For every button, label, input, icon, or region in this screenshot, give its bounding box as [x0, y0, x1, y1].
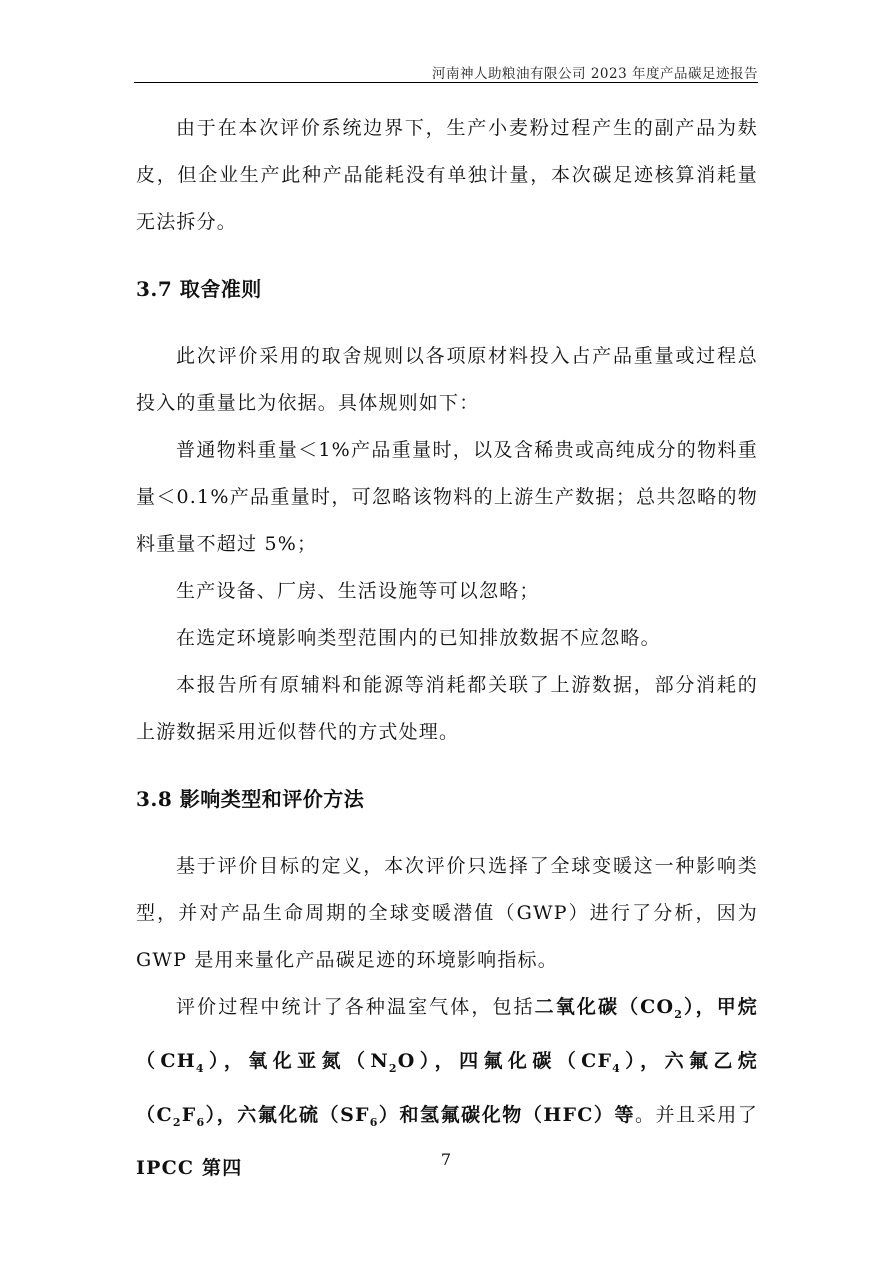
gas-item: 六氟化硫（SF6）和	[237, 1104, 420, 1126]
ghg-prefix: 评价过程中统计了各种温室气体，包括	[176, 996, 535, 1018]
paragraph: 在选定环境影响类型范围内的已知排放数据不应忽略。	[136, 615, 758, 662]
paragraph: 本报告所有原辅料和能源等消耗都关联了上游数据，部分消耗的上游数据采用近似替代的方…	[136, 662, 758, 756]
section-heading-3-7: 3.7 取舍准则	[136, 266, 758, 313]
paragraph: 生产设备、厂房、生活设施等可以忽略；	[136, 568, 758, 615]
header-title: 河南神人助粮油有限公司 2023 年度产品碳足迹报告	[432, 62, 758, 82]
gas-item: 氢氟碳化物（HFC）等	[420, 1104, 635, 1126]
section-heading-3-8: 3.8 影响类型和评价方法	[136, 776, 758, 823]
paragraph: 普通物料重量＜1%产品重量时，以及含稀贵或高纯成分的物料重量＜0.1%产品重量时…	[136, 427, 758, 568]
gas-item: 二氧化碳（CO2），	[535, 996, 717, 1018]
document-body: 由于在本次评价系统边界下，生产小麦粉过程产生的副产品为麸皮，但企业生产此种产品能…	[136, 105, 758, 1192]
gas-item: 氧化亚氮（N2O），	[248, 1050, 459, 1072]
page-header: 河南神人助粮油有限公司 2023 年度产品碳足迹报告	[134, 60, 758, 83]
page-number: 7	[0, 1150, 892, 1169]
paragraph: 此次评价采用的取舍规则以各项原材料投入占产品重量或过程总投入的重量比为依据。具体…	[136, 333, 758, 427]
ghg-suffix: 。并且采用了	[635, 1104, 758, 1126]
gas-item: 四氟化碳（CF4），	[459, 1050, 664, 1072]
intro-paragraph: 由于在本次评价系统边界下，生产小麦粉过程产生的副产品为麸皮，但企业生产此种产品能…	[136, 105, 758, 246]
paragraph: 基于评价目标的定义，本次评价只选择了全球变暖这一种影响类型，并对产品生命周期的全…	[136, 843, 758, 984]
